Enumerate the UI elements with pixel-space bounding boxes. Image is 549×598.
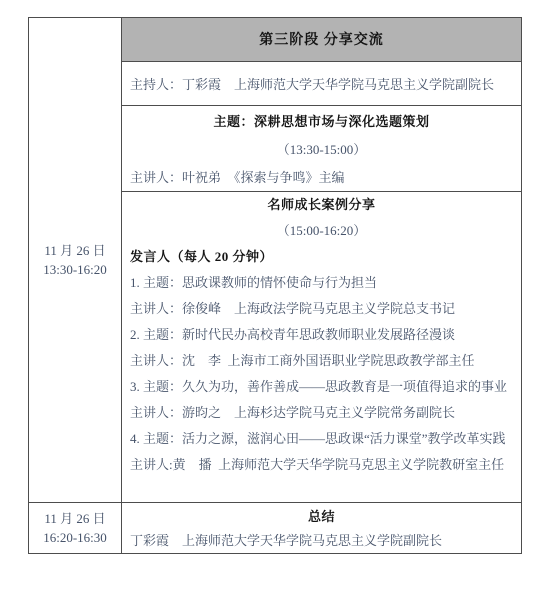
summary-speaker: 丁彩霞 上海师范大学天华学院马克思主义学院副院长 bbox=[122, 529, 521, 553]
agenda-table: 11 月 26 日 13:30-16:20 11 月 26 日 16:20-16… bbox=[28, 17, 522, 554]
session1-speaker: 主讲人：叶祝弟 《探索与争鸣》主编 bbox=[122, 164, 521, 192]
speaker-item-speaker: 主讲人:黄 播 上海师范大学天华学院马克思主义学院教研室主任 bbox=[122, 452, 521, 478]
speaker-item-speaker: 主讲人：徐俊峰 上海政法学院马克思主义学院总支书记 bbox=[122, 296, 521, 322]
speakers-heading: 发言人（每人 20 分钟） bbox=[122, 244, 521, 270]
session1-row: 主题：深耕思想市场与深化选题策划 （13:30-15:00） 主讲人：叶祝弟 《… bbox=[122, 106, 521, 192]
session2-time: （15:00-16:20） bbox=[122, 218, 521, 244]
time-range-text: 13:30-16:20 bbox=[43, 260, 107, 279]
session1-title: 主题：深耕思想市场与深化选题策划 bbox=[122, 108, 521, 136]
stage-header-row: 第三阶段 分享交流 bbox=[122, 18, 521, 62]
date-text: 11 月 26 日 bbox=[44, 241, 105, 260]
date-column: 11 月 26 日 13:30-16:20 11 月 26 日 16:20-16… bbox=[29, 18, 122, 553]
speaker-item-speaker: 主讲人：游昀之 上海杉达学院马克主义学院常务副院长 bbox=[122, 400, 521, 426]
speaker-item-topic: 3. 主题：久久为功，善作善成——思政教育是一项值得追求的事业 bbox=[122, 374, 521, 400]
session2-row: 名师成长案例分享 （15:00-16:20） 发言人（每人 20 分钟） 1. … bbox=[122, 192, 521, 503]
speaker-item-speaker: 主讲人：沈 李 上海市工商外国语职业学院思政教学部主任 bbox=[122, 348, 521, 374]
speaker-items: 1. 主题：思政课教师的情怀使命与行为担当主讲人：徐俊峰 上海政法学院马克思主义… bbox=[122, 270, 521, 478]
session1-time: （13:30-15:00） bbox=[122, 136, 521, 164]
date-cell-main: 11 月 26 日 13:30-16:20 bbox=[29, 18, 121, 503]
host-line: 主持人：丁彩霞 上海师范大学天华学院马克思主义学院副院长 bbox=[130, 74, 494, 93]
speaker-item-topic: 4. 主题：活力之源，滋润心田——思政课“活力课堂”教学改革实践 bbox=[122, 426, 521, 452]
summary-title: 总结 bbox=[122, 505, 521, 529]
summary-row: 总结 丁彩霞 上海师范大学天华学院马克思主义学院副院长 bbox=[122, 503, 521, 553]
time-range-text: 16:20-16:30 bbox=[43, 528, 107, 547]
speaker-item-topic: 1. 主题：思政课教师的情怀使命与行为担当 bbox=[122, 270, 521, 296]
stage-header-title: 第三阶段 分享交流 bbox=[259, 29, 384, 49]
date-text: 11 月 26 日 bbox=[44, 509, 105, 528]
host-row: 主持人：丁彩霞 上海师范大学天华学院马克思主义学院副院长 bbox=[122, 62, 521, 106]
date-cell-bottom: 11 月 26 日 16:20-16:30 bbox=[29, 503, 121, 553]
content-column: 第三阶段 分享交流 主持人：丁彩霞 上海师范大学天华学院马克思主义学院副院长 主… bbox=[122, 18, 521, 553]
session2-title: 名师成长案例分享 bbox=[122, 192, 521, 218]
speaker-item-topic: 2. 主题：新时代民办高校青年思政教师职业发展路径漫谈 bbox=[122, 322, 521, 348]
